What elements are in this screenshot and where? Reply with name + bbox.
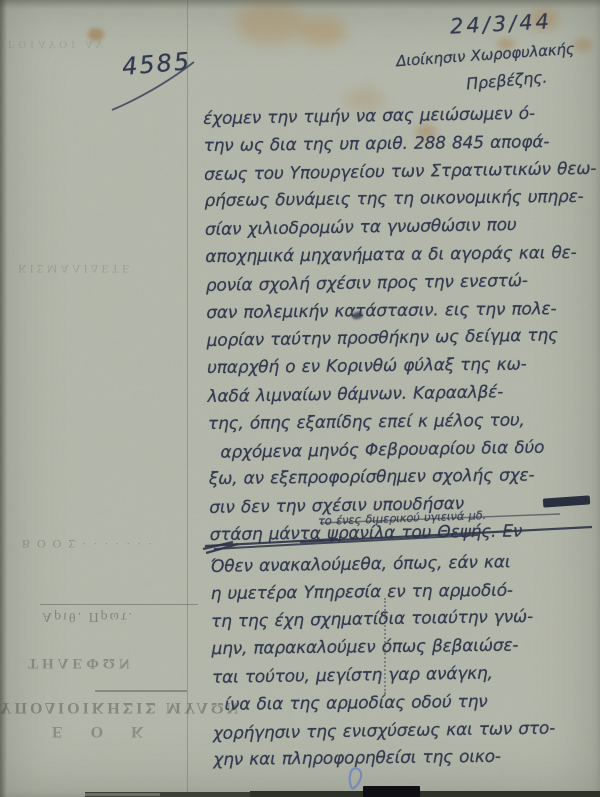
bleedthrough-subcommand-label: ΥΠΟΔΙΟΙΚΗΣΙΣ ΜΥΛΩΝ [0, 698, 241, 716]
handwriting-line: η υμετέρα Υπηρεσία εν τη αρμοδιό- [211, 576, 600, 608]
bleedthrough-rule [95, 690, 187, 692]
handwriting-line: μην, παρακαλούμεν όπως βεβαιώσε- [211, 632, 600, 664]
reference-number: 4585 [121, 47, 192, 81]
date: 24/3/44 [449, 9, 552, 38]
vertical-fold-line [187, 0, 188, 797]
handwriting-line: την ως δια της υπ αριθ. 288 845 αποφά- [203, 128, 597, 160]
scan-edge-top [0, 0, 600, 9]
bleedthrough-rule [40, 604, 198, 605]
bleedthrough-text: ΓΟΙΑΥΟΙ ΑΥ [8, 38, 107, 50]
handwriting-line: χην και πληροφορηθείσι της οικο- [213, 743, 600, 775]
scanned-letter-page: ΓΟΙΑΥΟΙ ΑΥ ΚΙΣΜΑΛΙΔΕΤΕ Β Ο Ο Σ · · · · ·… [0, 0, 600, 797]
handwriting-line: υπαρχθή ο εν Κορινθώ φύλαξ της κω- [207, 351, 600, 383]
handwriting-line: της, όπης εξαπίδης επεί κ μέλος του, [208, 406, 600, 438]
handwriting-line: σαν πολεμικήν κατάστασιν. εις την πολε- [206, 295, 600, 327]
stain [300, 16, 346, 46]
handwriting-line: ίνα δια της αρμοδίας οδού την [224, 687, 600, 719]
handwriting-line: ξω, αν εξεπροφορίσθημεν σχολής σχε- [209, 462, 600, 494]
stain [573, 38, 593, 52]
bleedthrough-org-initials: Ε Ο Κ [52, 722, 156, 740]
body-lines: έχομεν την τιμήν να σας μειώσωμεν ό-την … [203, 100, 600, 776]
bleedthrough-telephone-label: ΤΗΛΕΦΩΝ [28, 654, 134, 671]
handwriting-line: αποχημικά μηχανήματα α δι αγοράς και θε- [205, 240, 599, 272]
bleedthrough-text: ΚΙΣΜΑΛΙΔΕΤΕ [18, 261, 132, 276]
addressee-line-1: Διοίκησιν Χωροφυλακής [396, 40, 575, 70]
handwriting-line: ρήσεως δυνάμεις της τη οικονομικής υπηρε… [204, 184, 598, 216]
scan-edge-left [0, 0, 7, 797]
bleedthrough-dotted-row: Β Ο Ο Σ · · · · · · · [22, 536, 154, 551]
bleedthrough-protocol-label: Αριθ. Πρωτ. [42, 608, 134, 624]
addressee-line-2: Πρεβέζης. [465, 67, 548, 93]
